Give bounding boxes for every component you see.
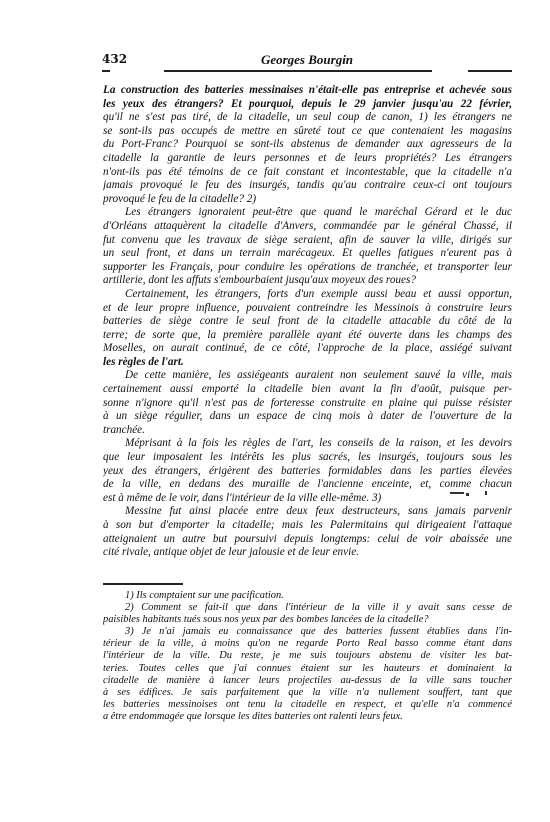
text-line: Certainement, les étrangers, forts d'un … — [103, 288, 512, 302]
scan-artifact — [466, 493, 469, 496]
footnote-marker: 3) — [125, 626, 134, 637]
text-line: jamais provoqué le feu des insurgés, tan… — [103, 179, 512, 193]
text-line: à un siège régulier, dans un espace de c… — [103, 410, 512, 424]
text-line: les yeux des étrangers? Et pourquoi, dep… — [103, 98, 512, 112]
text-line: Les étrangers ignoraient peut-être que q… — [103, 206, 512, 220]
scan-artifact — [485, 491, 487, 495]
text-line: cité rivale, antique objet de leur jalou… — [103, 546, 512, 560]
footnote-text: Comment se fait-il que dans l'intérieur … — [141, 602, 512, 613]
text-line: provoqué le feu de la citadelle? 2) — [103, 193, 512, 207]
text-line: Messine fut ainsi placée entre deux feux… — [103, 505, 512, 519]
footnote: 3) Je n'ai jamais eu connaissance que de… — [103, 626, 512, 723]
text-line: La construction des batteries messinaise… — [103, 84, 512, 98]
footnotes: 1) Ils comptaient sur une pacification. … — [103, 590, 512, 723]
text-line: supporter les Français, pour conduire le… — [103, 261, 512, 275]
header-rule — [102, 70, 110, 72]
text-line: sonne n'ignore qu'il n'est pas de forter… — [103, 397, 512, 411]
footnote-separator — [103, 583, 183, 585]
running-title: Georges Bourgin — [102, 52, 512, 68]
text-line: de la ville, en dedans des muraille de l… — [103, 478, 512, 492]
paragraph: Les étrangers ignoraient peut-être que q… — [103, 206, 512, 288]
paragraph: De cette manière, les assiégeants auraie… — [103, 369, 512, 437]
text-line: yeux des étrangers, érigèrent des batter… — [103, 465, 512, 479]
text-line: fut convenu que les travaux de siège ser… — [103, 234, 512, 248]
footnote: 1) Ils comptaient sur une pacification. — [103, 590, 512, 602]
body-text: La construction des batteries messinaise… — [103, 84, 512, 560]
footnote-marker: 2) — [125, 602, 134, 613]
footnote-text: Ils comptaient sur une pacification. — [136, 590, 283, 601]
footnote-line: 1) Ils comptaient sur une pacification. — [103, 590, 512, 602]
text-line: citadelle la garantie de leurs personnes… — [103, 152, 512, 166]
text-line: qu'il ne s'est pas tiré, de la citadelle… — [103, 111, 512, 125]
header-rule — [468, 70, 512, 72]
footnote: 2) Comment se fait-il que dans l'intérie… — [103, 602, 512, 626]
footnote-text: Je n'ai jamais eu connaissance que des b… — [142, 626, 512, 637]
footnote-line: l'intérieur de la ville. Du reste, je me… — [103, 650, 512, 662]
text-line: batteries de siège contre le seul front … — [103, 315, 512, 329]
paragraph: Méprisant à la fois les règles de l'art,… — [103, 437, 512, 505]
text-line: certainement aussi emporté la citadelle … — [103, 383, 512, 397]
footnote-line: les batteries messinoises ont tenu la ci… — [103, 699, 512, 711]
paragraph: Messine fut ainsi placée entre deux feux… — [103, 505, 512, 559]
text-line: les règles de l'art. — [103, 356, 512, 370]
footnote-line: teries. Toutes celles que j'ai connues é… — [103, 663, 512, 675]
text-line: tranchée. — [103, 424, 512, 438]
paragraph: Certainement, les étrangers, forts d'un … — [103, 288, 512, 370]
text-line: Moselles, on aurait continué, de ce côté… — [103, 342, 512, 356]
footnote-line: citadelle de manière à lancer leurs proj… — [103, 675, 512, 687]
text-line: artillerie, dont les affuts s'embourbaie… — [103, 274, 512, 288]
text-line: d'Orléans attaquèrent la citadelle d'Anv… — [103, 220, 512, 234]
text-line: se sont-ils pas occupés de mettre en sûr… — [103, 125, 512, 139]
text-line: à son but d'emporter la citadelle; mais … — [103, 519, 512, 533]
footnote-line: 3) Je n'ai jamais eu connaissance que de… — [103, 626, 512, 638]
text-line: du Port-Franc? Pourquoi se sont-ils abst… — [103, 138, 512, 152]
paragraph: La construction des batteries messinaise… — [103, 84, 512, 206]
footnote-line: à ses édifices. Je sais parfaitement que… — [103, 687, 512, 699]
scan-artifact — [450, 492, 464, 494]
text-line: un seul front, et dans un terrain maréca… — [103, 247, 512, 261]
text-line: atteignaient un autre but poursuivi depu… — [103, 533, 512, 547]
text-line: De cette manière, les assiégeants auraie… — [103, 369, 512, 383]
footnote-line: 2) Comment se fait-il que dans l'intérie… — [103, 602, 512, 614]
footnote-line: a être endommagée que lorsque les dites … — [103, 711, 512, 723]
text-line: terre; de sorte que, la première parallè… — [103, 329, 512, 343]
text-line: et de leur propre influence, pouvaient c… — [103, 302, 512, 316]
document-page: 432 Georges Bourgin La construction des … — [0, 0, 550, 822]
text-line: que leur imposaient les intérêts les plu… — [103, 451, 512, 465]
footnote-line: paisibles habitants tués sous nos yeux p… — [103, 614, 512, 626]
page-header: 432 Georges Bourgin — [102, 50, 512, 72]
footnote-marker: 1) — [125, 590, 134, 601]
text-line: n'ont-ils pas été témoins de ce fait con… — [103, 166, 512, 180]
header-rule — [164, 70, 432, 72]
text-line: Méprisant à la fois les règles de l'art,… — [103, 437, 512, 451]
text-line: est à même de le voir, dans l'intérieur … — [103, 492, 512, 506]
footnote-line: térieur de la ville, à moins qu'on ne re… — [103, 638, 512, 650]
